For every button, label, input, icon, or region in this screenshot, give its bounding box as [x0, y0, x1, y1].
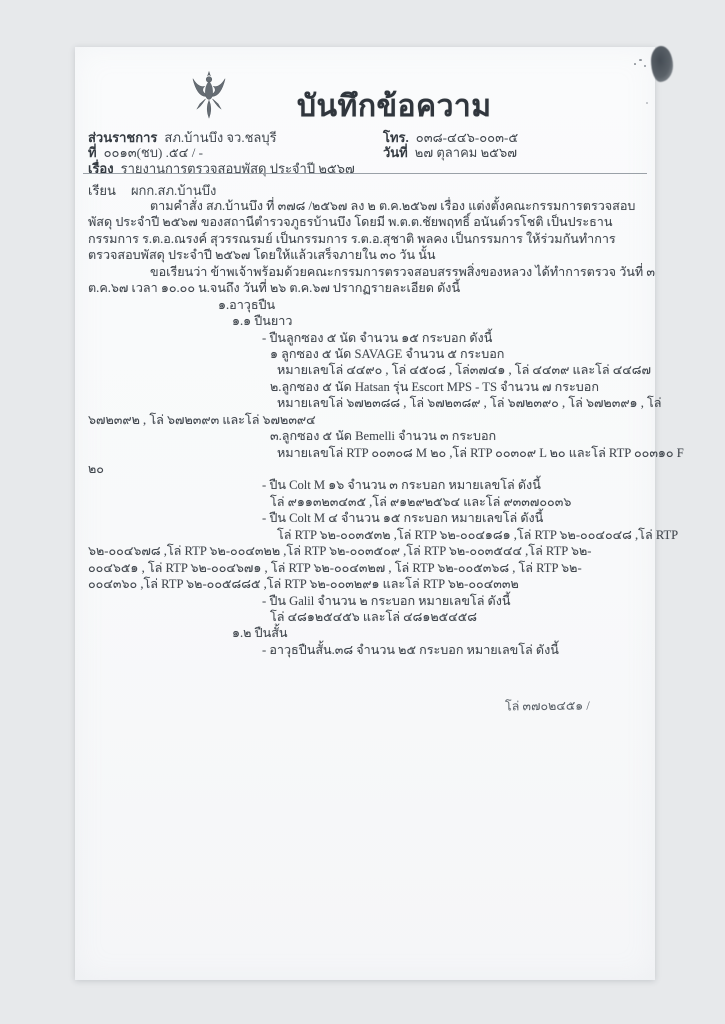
scan-artifact-blob — [651, 46, 673, 82]
body-line: - ปืน Galil จำนวน ๒ กระบอก หมายเลขโล่ ดั… — [88, 593, 644, 609]
body-line-serials: ๒๐ — [88, 461, 644, 477]
body-line-section: ๑.๑ ปืนยาว — [88, 313, 644, 329]
memo-title: บันทึกข้อความ — [297, 83, 627, 130]
body-line: กรรมการ ร.ต.อ.ณรงค์ สุวรรณรมย์ เป็นกรรมก… — [88, 231, 644, 247]
garuda-emblem-icon — [188, 69, 230, 129]
body-line-serials: หมายเลขโล่ ๖๗๒๓๘๘ , โล่ ๖๗๒๓๘๙ , โล่ ๖๗๒… — [88, 395, 644, 411]
body-line-serials: ๐๐๔๓๖๐ ,โล่ RTP ๖๒-๐๐๕๘๘๕ ,โล่ RTP ๖๒-๐๐… — [88, 576, 644, 592]
body-line: - ปืน Colt M ๔ จำนวน ๑๕ กระบอก หมายเลขโล… — [88, 510, 644, 526]
scan-speck — [639, 59, 642, 61]
body-line: ตามคำสั่ง สภ.บ้านบึง ที่ ๓๗๘ /๒๕๖๗ ลง ๒ … — [88, 198, 644, 214]
body-line: - อาวุธปืนสั้น.๓๘ จำนวน ๒๕ กระบอก หมายเล… — [88, 642, 644, 658]
salutation-value: ผกก.สภ.บ้านบึง — [131, 183, 216, 198]
body-line-section: ๑.อาวุธปืน — [88, 297, 644, 313]
body-line-serials: ๖๒-๐๐๔๖๗๘ ,โล่ RTP ๖๒-๐๐๔๓๒๒ ,โล่ RTP ๖๒… — [88, 543, 644, 559]
body-line-serials: โล่ ๔๘๑๒๕๔๕๖ และโล่ ๔๘๑๒๕๔๕๘ — [88, 609, 644, 625]
memo-page: บันทึกข้อความ ส่วนราชการสภ.บ้านบึง จว.ชล… — [75, 47, 655, 980]
memo-body: ตามคำสั่ง สภ.บ้านบึง ที่ ๓๗๘ /๒๕๖๗ ลง ๒ … — [88, 198, 644, 658]
body-line: ตรวจสอบพัสดุ ประจำปี ๒๕๖๗ โดยให้แล้วเสร็… — [88, 247, 644, 263]
body-line-section: ๑.๒ ปืนสั้น — [88, 625, 644, 641]
body-line-serials: โล่ RTP ๖๒-๐๐๓๕๓๒ ,โล่ RTP ๖๒-๐๐๔๑๘๑ ,โล… — [88, 527, 644, 543]
body-line: ๑ ลูกซอง ๕ นัด SAVAGE จำนวน ๕ กระบอก — [88, 346, 644, 362]
scan-speck — [644, 65, 646, 67]
body-line-serials: หมายเลขโล่ RTP ๐๐๓๐๘ M ๒๐ ,โล่ RTP ๐๐๓๐๙… — [88, 445, 644, 461]
body-line-serials: โล่ ๙๑๑๓๒๓๔๓๕ ,โล่ ๙๑๒๙๒๕๖๔ และโล่ ๙๓๓๗๐… — [88, 494, 644, 510]
body-line: ๒.ลูกซอง ๕ นัด Hatsan รุ่น Escort MPS - … — [88, 379, 644, 395]
body-line: - ปืนลูกซอง ๕ นัด จำนวน ๑๕ กระบอก ดังนี้ — [88, 330, 644, 346]
body-line: ขอเรียนว่า ข้าพเจ้าพร้อมด้วยคณะกรรมการตร… — [88, 264, 644, 280]
handwritten-note: โล่ ๓๗๐๒๔๕๑ / — [505, 696, 590, 717]
header-rule — [83, 173, 647, 174]
header-subject-row: เรื่องรายงานการตรวจสอบพัสดุ ประจำปี ๒๕๖๗ — [88, 158, 648, 179]
body-line-serials: ๐๐๔๖๕๑ , โล่ RTP ๖๒-๐๐๔๖๗๑ , โล่ RTP ๖๒-… — [88, 560, 644, 576]
body-line: พัสดุ ประจำปี ๒๕๖๗ ของสถานีตำรวจภูธรบ้าน… — [88, 214, 644, 230]
body-line: ต.ค.๖๗ เวลา ๑๐.๐๐ น.จนถึง วันที่ ๒๖ ต.ค.… — [88, 280, 644, 296]
scan-speck — [634, 63, 636, 65]
body-line-serials: หมายเลขโล่ ๔๔๙๐ , โล่ ๔๕๐๘ , โล่๓๗๔๑ , โ… — [88, 362, 644, 378]
body-line: ๓.ลูกซอง ๕ นัด Bemelli จำนวน ๓ กระบอก — [88, 428, 644, 444]
salutation-label: เรียน — [88, 183, 116, 198]
body-line: - ปืน Colt M ๑๖ จำนวน ๓ กระบอก หมายเลขโล… — [88, 477, 644, 493]
body-line-serials: ๖๗๒๓๙๒ , โล่ ๖๗๒๓๙๓ และโล่ ๖๗๒๓๙๔ — [88, 412, 644, 428]
